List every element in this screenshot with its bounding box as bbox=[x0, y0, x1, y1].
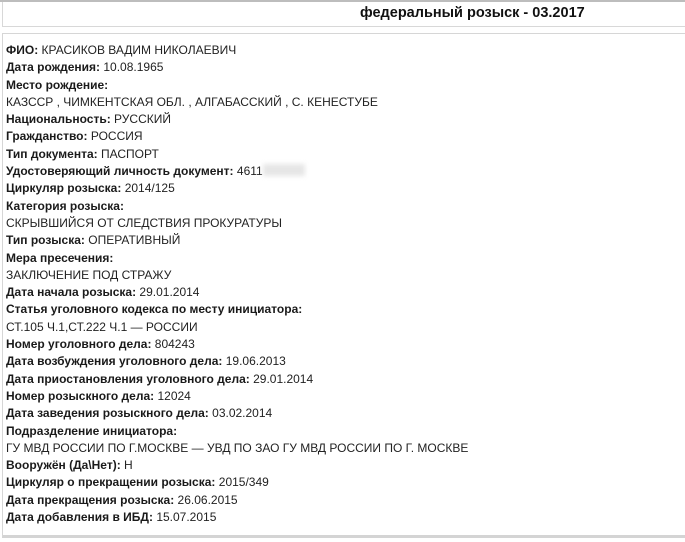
field-label: Мера пресечения: bbox=[6, 251, 113, 265]
field-label: Номер уголовного дела: bbox=[6, 337, 151, 351]
record-field-value-line: СТ.105 Ч.1,СТ.222 Ч.1 — РОССИИ bbox=[6, 319, 468, 336]
field-label: Номер розыскного дела: bbox=[6, 389, 154, 403]
field-value: ПАСПОРТ bbox=[101, 147, 159, 161]
record-field: Национальность: РУССКИЙ bbox=[6, 111, 468, 128]
record-field: Гражданство: РОССИЯ bbox=[6, 128, 468, 145]
field-value: СКРЫВШИЙСЯ ОТ СЛЕДСТВИЯ ПРОКУРАТУРЫ bbox=[6, 216, 282, 230]
field-value: КАЗССР , ЧИМКЕНТСКАЯ ОБЛ. , АЛГАБАССКИЙ … bbox=[6, 95, 378, 109]
field-value: Н bbox=[124, 458, 133, 472]
record-field: Дата приостановления уголовного дела: 29… bbox=[6, 371, 468, 388]
field-value: ГУ МВД РОССИИ ПО Г.МОСКВЕ — УВД ПО ЗАО Г… bbox=[6, 441, 468, 455]
field-value: РОССИЯ bbox=[91, 129, 143, 143]
record-field: Циркуляр о прекращении розыска: 2015/349 bbox=[6, 474, 468, 491]
field-label: Статья уголовного кодекса по месту иници… bbox=[6, 302, 302, 316]
field-label: Гражданство: bbox=[6, 129, 88, 143]
field-value: ЗАКЛЮЧЕНИЕ ПОД СТРАЖУ bbox=[6, 268, 171, 282]
header-panel: федеральный розыск - 03.2017 bbox=[2, 2, 685, 27]
field-label: Национальность: bbox=[6, 112, 111, 126]
field-label: Циркуляр розыска: bbox=[6, 181, 121, 195]
field-value: 12024 bbox=[157, 389, 190, 403]
field-value: 26.06.2015 bbox=[178, 493, 238, 507]
record-field-value-line: КАЗССР , ЧИМКЕНТСКАЯ ОБЛ. , АЛГАБАССКИЙ … bbox=[6, 94, 468, 111]
record-field: Дата рождения: 10.08.1965 bbox=[6, 59, 468, 76]
record-field: Подразделение инициатора: bbox=[6, 423, 468, 440]
record-field: Категория розыска: bbox=[6, 198, 468, 215]
field-value: 15.07.2015 bbox=[156, 510, 216, 524]
field-label: Циркуляр о прекращении розыска: bbox=[6, 475, 215, 489]
field-label: Дата рождения: bbox=[6, 60, 100, 74]
field-value: 19.06.2013 bbox=[226, 354, 286, 368]
field-label: Дата начала розыска: bbox=[6, 285, 136, 299]
field-label: ФИО: bbox=[6, 43, 38, 57]
field-value: 4611 bbox=[237, 164, 263, 178]
record-field: Дата заведения розыскного дела: 03.02.20… bbox=[6, 405, 468, 422]
record-field: Номер розыскного дела: 12024 bbox=[6, 388, 468, 405]
field-value: 2014/125 bbox=[125, 181, 175, 195]
field-value: ОПЕРАТИВНЫЙ bbox=[88, 233, 180, 247]
record-field: Место рождение: bbox=[6, 77, 468, 94]
field-value: РУССКИЙ bbox=[114, 112, 171, 126]
record-field-value-line: ЗАКЛЮЧЕНИЕ ПОД СТРАЖУ bbox=[6, 267, 468, 284]
field-value: 29.01.2014 bbox=[139, 285, 199, 299]
field-label: Вооружён (Да\Нет): bbox=[6, 458, 121, 472]
field-label: Дата приостановления уголовного дела: bbox=[6, 372, 250, 386]
record-field: Дата добавления в ИБД: 15.07.2015 bbox=[6, 509, 468, 526]
record-field: Дата прекращения розыска: 26.06.2015 bbox=[6, 492, 468, 509]
wanted-record-panel: ФИО: КРАСИКОВ ВАДИМ НИКОЛАЕВИЧДата рожде… bbox=[2, 33, 685, 538]
field-value: 03.02.2014 bbox=[212, 406, 272, 420]
field-label: Удостоверяющий личность документ: bbox=[6, 164, 234, 178]
page-title: федеральный розыск - 03.2017 bbox=[360, 5, 585, 21]
record-field-value-line: ГУ МВД РОССИИ ПО Г.МОСКВЕ — УВД ПО ЗАО Г… bbox=[6, 440, 468, 457]
record-field: Вооружён (Да\Нет): Н bbox=[6, 457, 468, 474]
record-field: ФИО: КРАСИКОВ ВАДИМ НИКОЛАЕВИЧ bbox=[6, 42, 468, 59]
record-field: Тип документа: ПАСПОРТ bbox=[6, 146, 468, 163]
redacted-text bbox=[263, 164, 305, 176]
field-label: Категория розыска: bbox=[6, 199, 124, 213]
record-field: Дата возбуждения уголовного дела: 19.06.… bbox=[6, 353, 468, 370]
field-value: 10.08.1965 bbox=[103, 60, 163, 74]
record-field: Тип розыска: ОПЕРАТИВНЫЙ bbox=[6, 232, 468, 249]
field-label: Место рождение: bbox=[6, 78, 108, 92]
record-field-list: ФИО: КРАСИКОВ ВАДИМ НИКОЛАЕВИЧДата рожде… bbox=[6, 42, 468, 526]
field-value: 29.01.2014 bbox=[253, 372, 313, 386]
record-field: Дата начала розыска: 29.01.2014 bbox=[6, 284, 468, 301]
field-label: Подразделение инициатора: bbox=[6, 424, 177, 438]
field-label: Дата заведения розыскного дела: bbox=[6, 406, 209, 420]
field-label: Тип документа: bbox=[6, 147, 98, 161]
field-value: 2015/349 bbox=[219, 475, 269, 489]
record-field: Удостоверяющий личность документ: 4611 bbox=[6, 163, 468, 180]
field-label: Дата добавления в ИБД: bbox=[6, 510, 153, 524]
record-field: Номер уголовного дела: 804243 bbox=[6, 336, 468, 353]
field-label: Дата возбуждения уголовного дела: bbox=[6, 354, 222, 368]
field-label: Тип розыска: bbox=[6, 233, 85, 247]
field-value: 804243 bbox=[155, 337, 195, 351]
field-value: КРАСИКОВ ВАДИМ НИКОЛАЕВИЧ bbox=[42, 43, 237, 57]
record-field: Мера пресечения: bbox=[6, 250, 468, 267]
record-field-value-line: СКРЫВШИЙСЯ ОТ СЛЕДСТВИЯ ПРОКУРАТУРЫ bbox=[6, 215, 468, 232]
field-label: Дата прекращения розыска: bbox=[6, 493, 174, 507]
field-value: СТ.105 Ч.1,СТ.222 Ч.1 — РОССИИ bbox=[6, 320, 198, 334]
record-field: Статья уголовного кодекса по месту иници… bbox=[6, 301, 468, 318]
record-field: Циркуляр розыска: 2014/125 bbox=[6, 180, 468, 197]
